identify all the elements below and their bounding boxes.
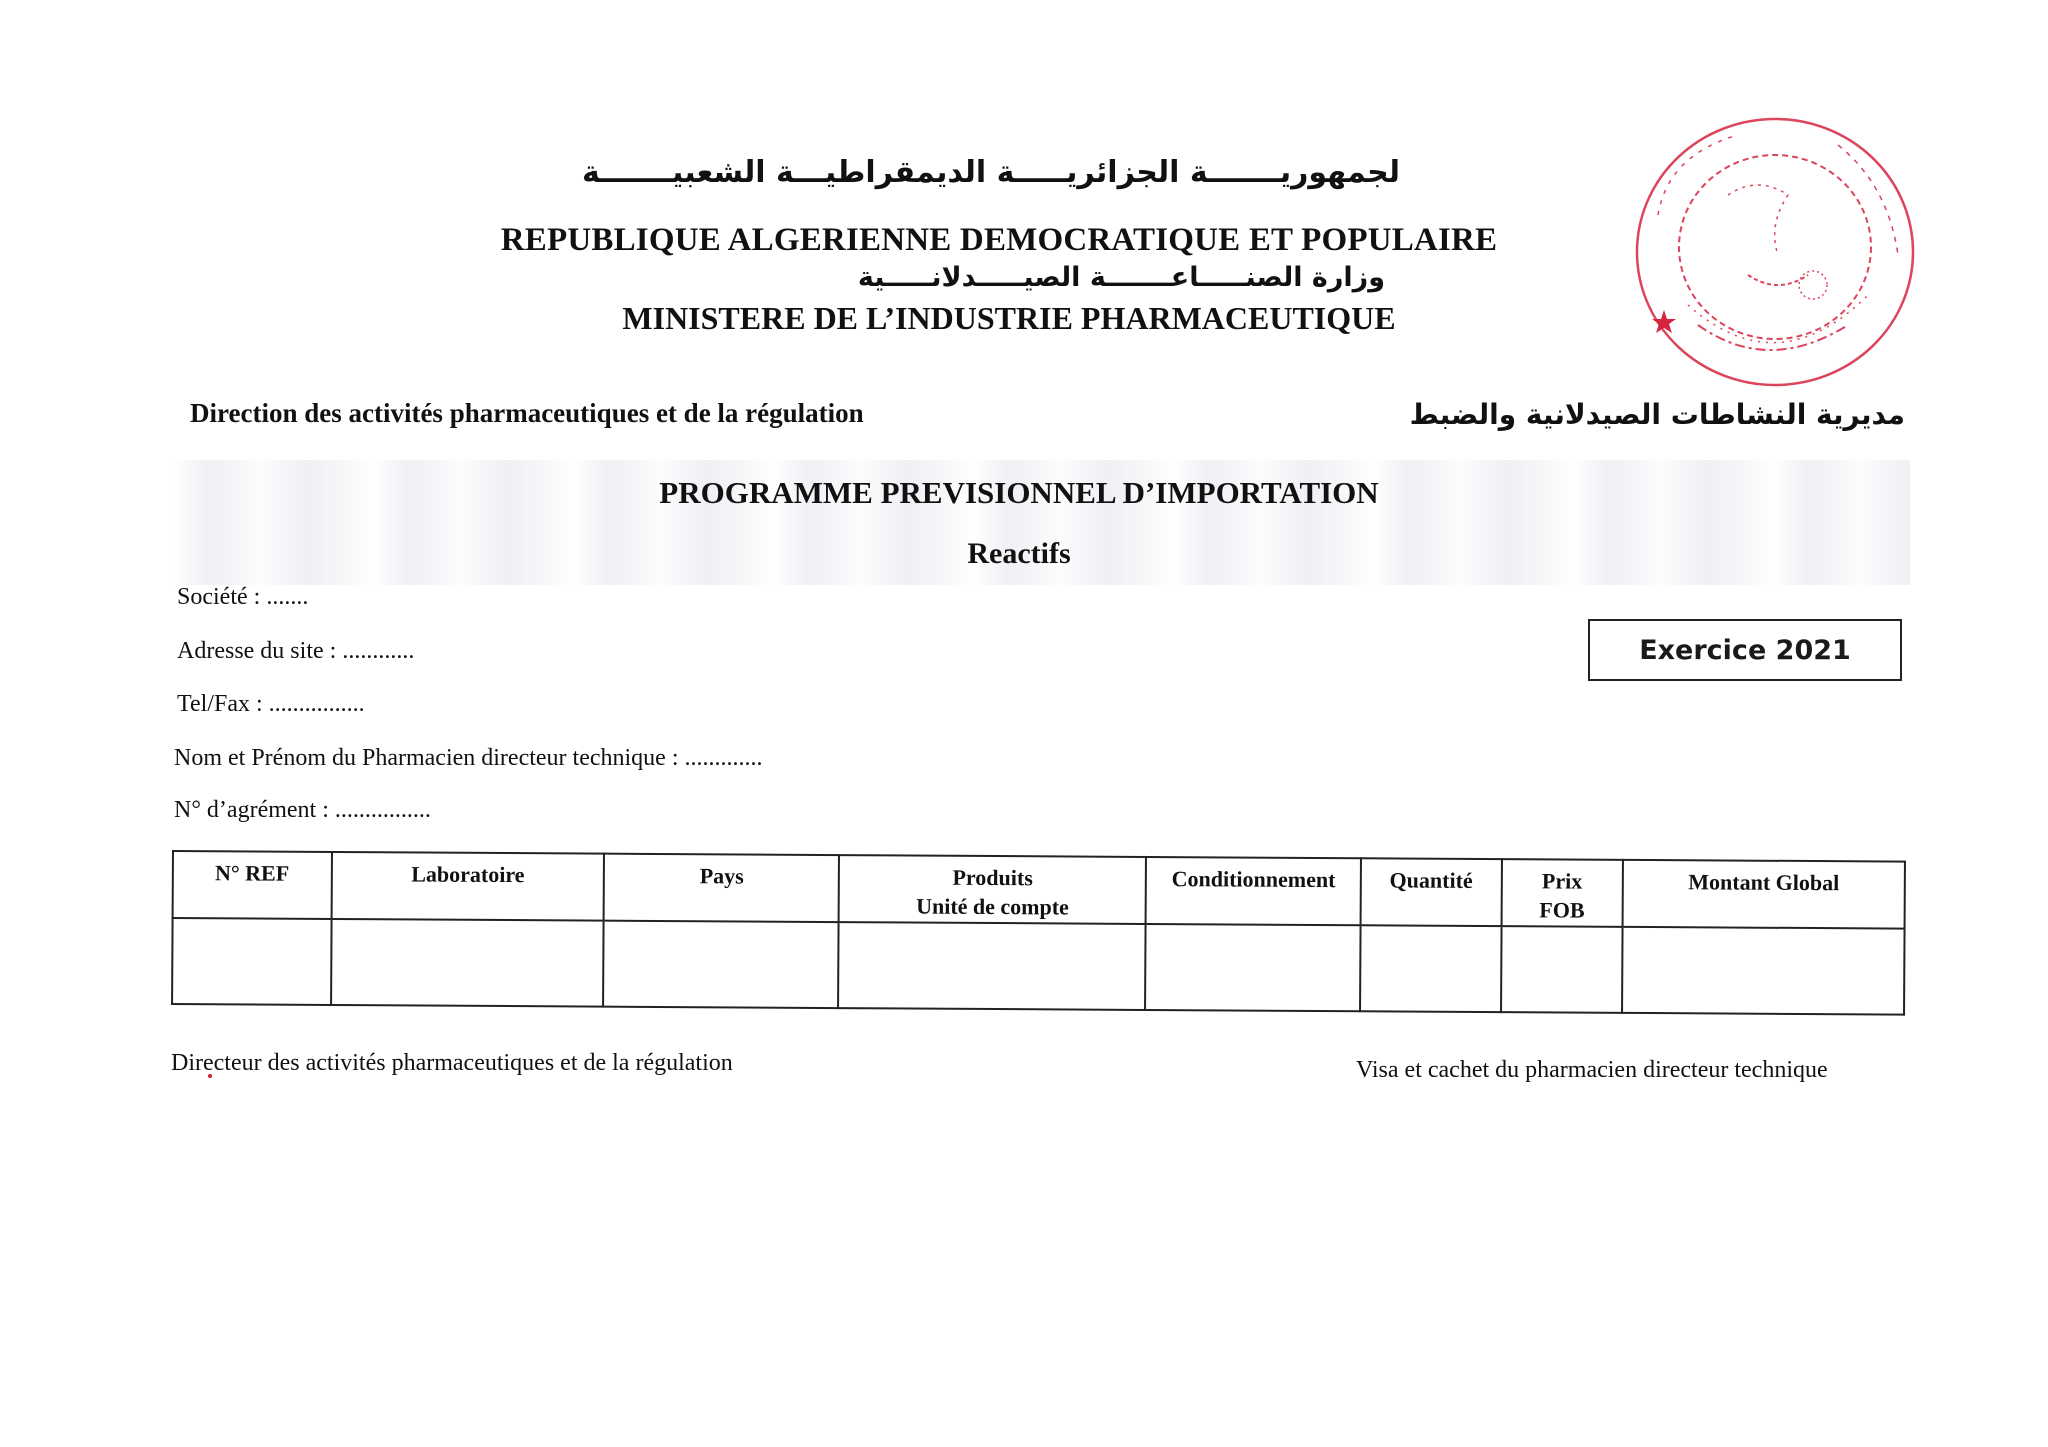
column-header-line1: N° REF <box>175 858 330 888</box>
field-value[interactable]: ............ <box>342 638 414 664</box>
column-header: Quantité <box>1361 858 1502 926</box>
column-header: N° REF <box>173 851 332 919</box>
field-tel-fax[interactable]: Tel/Fax : ................ <box>177 691 365 718</box>
field-adresse[interactable]: Adresse du site : ............ <box>177 638 414 665</box>
import-table: N° REFLaboratoirePaysProduitsUnité de co… <box>171 850 1906 1016</box>
column-header: PrixFOB <box>1501 859 1623 927</box>
field-value[interactable]: ....... <box>266 584 308 610</box>
document-subtitle: Reactifs <box>0 537 2048 571</box>
column-header: Conditionnement <box>1146 857 1361 925</box>
table-cell[interactable] <box>1501 926 1623 1013</box>
field-value[interactable]: ............. <box>685 745 763 771</box>
field-label: Adresse du site : <box>177 638 336 664</box>
table-cell[interactable] <box>172 918 331 1005</box>
field-label: Nom et Prénom du Pharmacien directeur te… <box>174 745 679 771</box>
column-header-line1: Quantité <box>1363 865 1500 895</box>
column-header-line1: Conditionnement <box>1148 864 1359 894</box>
field-label: Société : <box>177 584 260 610</box>
table-cell[interactable] <box>838 922 1146 1010</box>
direction-french: Direction des activités pharmaceutiques … <box>190 398 864 429</box>
field-value[interactable]: ................ <box>335 797 431 823</box>
table-cell[interactable] <box>604 921 839 1008</box>
table-cell[interactable] <box>1622 927 1905 1015</box>
table-header-row: N° REFLaboratoirePaysProduitsUnité de co… <box>173 851 1905 929</box>
column-header-line1: Produits <box>841 862 1144 893</box>
signature-director: Directeur des activités pharmaceutiques … <box>171 1050 733 1077</box>
table-row <box>172 918 1904 1015</box>
arabic-republic-heading: لجمهوريـــــــة الجزائريـــــة الديمقراط… <box>0 155 1440 190</box>
column-header: Montant Global <box>1623 860 1905 929</box>
column-header: ProduitsUnité de compte <box>839 855 1146 924</box>
column-header-line1: Pays <box>606 861 837 891</box>
arabic-ministry-heading: وزارة الصنـــــاعـــــــة الصيـــــدلانـ… <box>0 262 1385 293</box>
field-label: Tel/Fax : <box>177 691 263 717</box>
column-header: Pays <box>604 854 839 922</box>
ink-mark <box>208 1074 212 1078</box>
table-cell[interactable] <box>331 919 604 1007</box>
field-agrement[interactable]: N° d’agrément : ................ <box>174 797 431 824</box>
signature-pharmacist: Visa et cachet du pharmacien directeur t… <box>1356 1057 1828 1084</box>
column-header-line1: Prix <box>1503 866 1621 896</box>
document-title: PROGRAMME PREVISIONNEL D’IMPORTATION <box>0 475 2048 511</box>
column-header-line1: Montant Global <box>1625 867 1903 898</box>
field-societe[interactable]: Société : ....... <box>177 584 308 611</box>
column-header-line2: FOB <box>1503 895 1621 925</box>
table-cell[interactable] <box>1145 924 1360 1011</box>
official-seal-icon <box>1628 115 1918 395</box>
column-header-line1: Laboratoire <box>333 859 602 890</box>
table-cell[interactable] <box>1360 925 1501 1012</box>
field-label: N° d’agrément : <box>174 797 329 823</box>
exercice-box: Exercice 2021 <box>1588 619 1902 681</box>
column-header-line2: Unité de compte <box>841 891 1144 922</box>
field-pharmacien[interactable]: Nom et Prénom du Pharmacien directeur te… <box>174 745 763 772</box>
direction-arabic: مديرية النشاطات الصيدلانية والضبط <box>1410 398 1905 431</box>
field-value[interactable]: ................ <box>269 691 365 717</box>
column-header: Laboratoire <box>331 852 604 921</box>
arabic-republic-text: لجمهوريـــــــة الجزائريـــــة الديمقراط… <box>582 155 1400 190</box>
